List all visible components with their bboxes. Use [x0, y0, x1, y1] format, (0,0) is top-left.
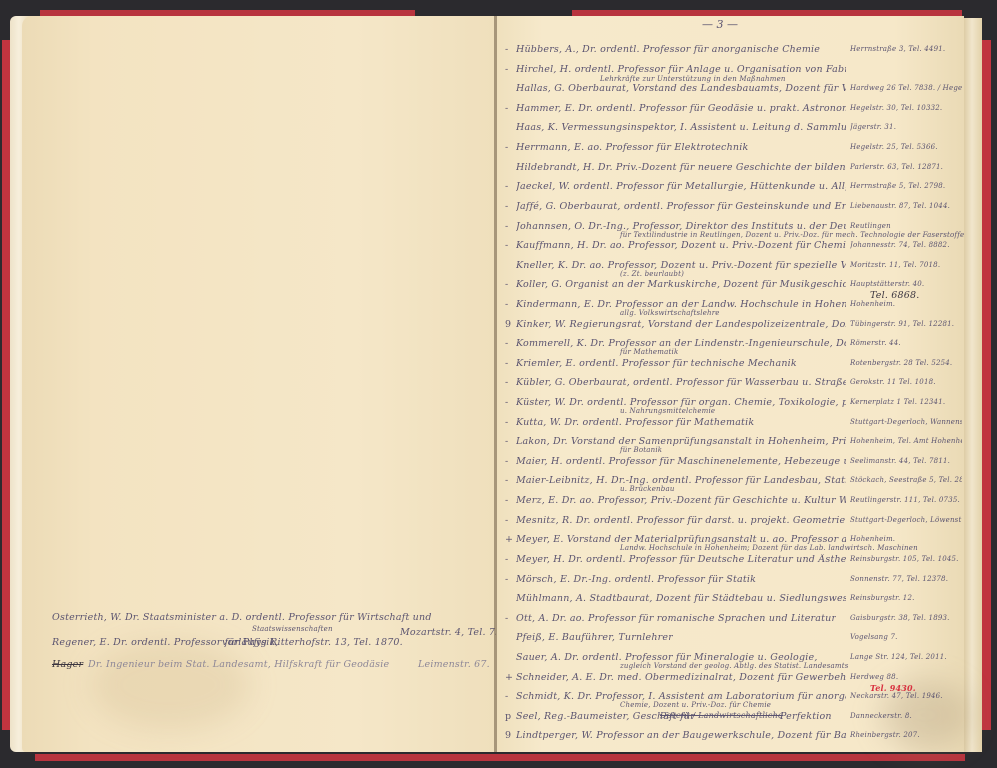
entry-address: Herrnstraße 5, Tel. 2798.	[850, 182, 945, 190]
entry-marker: -	[505, 574, 508, 585]
entry-marker: -	[505, 221, 508, 232]
entry-marker: -	[505, 181, 508, 192]
entry-marker: -	[505, 201, 508, 212]
entry-marker: -	[505, 279, 508, 290]
entry-marker: -	[505, 613, 508, 624]
entry-note: u. Brückenbau	[620, 485, 675, 493]
entry-name: Maier, H. ordentl. Professor für Maschin…	[516, 456, 846, 467]
entry-address: Reutlingen	[850, 222, 891, 230]
entry-name: Pfeiß, E. Bauführer, Turnlehrer	[516, 632, 673, 643]
entry-note: für Textilindustrie in Reutlingen, Dozen…	[620, 231, 964, 239]
entry-marker: -	[505, 397, 508, 408]
entry-marker: -	[505, 358, 508, 369]
entry-struck-text: Dozent / Landwirtschaftliche	[660, 711, 783, 720]
entry-name: Schneider, A. E. Dr. med. Obermedizinalr…	[516, 672, 846, 683]
entry-name: Meyer, H. Dr. ordentl. Professor für Deu…	[516, 554, 846, 565]
entry-name: Kommerell, K. Dr. Professor an der Linde…	[516, 338, 846, 349]
entry-address: Hardweg 26 Tel. 7838. / Hegelstraße 14a	[850, 84, 962, 92]
entry-address: Vogelsang 7.	[850, 633, 898, 641]
entry-name: Jaeckel, W. ordentl. Professor für Metal…	[516, 181, 846, 192]
entry-address: Stuttgart-Degerloch, Löwenstr. 112, Tel.…	[850, 516, 962, 524]
entry-address: Hohenheim, Tel. Amt Hohenheim 16	[850, 437, 962, 445]
entry-note: für Mathematik	[620, 348, 678, 356]
entry-marker: -	[505, 338, 508, 349]
left-entry-3-name: Dr. Ingenieur beim Stat. Landesamt, Hilf…	[88, 659, 389, 670]
entry-address: Hegelstr. 30, Tel. 10332.	[850, 104, 942, 112]
entry-note: u. Nahrungsmittelchemie	[620, 407, 715, 415]
entry-note: allg. Volkswirtschaftslehre	[620, 309, 720, 317]
entry-address: Danneckerstr. 8.	[850, 712, 912, 720]
entry-marker: -	[505, 103, 508, 114]
entry-address: Reinsburgstr. 12.	[850, 594, 915, 602]
entry-address: Reutlingerstr. 111, Tel. 0735.	[850, 496, 960, 504]
entry-address: Herrnstraße 3, Tel. 4491.	[850, 45, 945, 53]
entry-tail: Perfektion	[780, 711, 832, 722]
page-block-right	[962, 18, 982, 752]
entry-address: Hegelstr. 25, Tel. 5366.	[850, 143, 938, 151]
entry-marker: 9	[505, 319, 511, 330]
entry-marker: -	[505, 436, 508, 447]
cover-edge-right	[982, 40, 991, 730]
entry-note: Landw. Hochschule in Hohenheim; Dozent f…	[620, 544, 918, 552]
left-entry-2-tail: vorläufig Ritterhofstr. 13, Tel. 1870.	[222, 637, 403, 648]
left-entry-3-struck-name: Hager	[52, 659, 83, 670]
entry-marker: +	[505, 672, 513, 683]
entry-address: Rotenbergstr. 28 Tel. 5254.	[850, 359, 952, 367]
entry-name: Kübler, G. Oberbaurat, ordentl. Professo…	[516, 377, 846, 388]
entry-name: Hallas, G. Oberbaurat, Vorstand des Land…	[516, 83, 846, 94]
entry-note: Lehrkräfte zur Unterstützung in den Maßn…	[600, 75, 786, 83]
entry-marker: -	[505, 240, 508, 251]
entry-address: Hohenheim.	[850, 535, 895, 543]
entry-address-extra: Tel. 9430.	[870, 683, 916, 693]
entry-name: Hammer, E. Dr. ordentl. Professor für Ge…	[516, 103, 846, 114]
entry-name: Lindtperger, W. Professor an der Baugewe…	[516, 730, 846, 741]
entry-note: für Botanik	[620, 446, 662, 454]
entry-name: Mörsch, E. Dr.-Ing. ordentl. Professor f…	[516, 574, 756, 585]
entry-address: Neckarstr. 47, Tel. 1946.	[850, 692, 943, 700]
entry-name: Maier-Leibnitz, H. Dr.-Ing. ordentl. Pro…	[516, 475, 846, 486]
entry-name: Herrmann, E. ao. Professor für Elektrote…	[516, 142, 748, 153]
entry-name: Hübbers, A., Dr. ordentl. Professor für …	[516, 44, 820, 55]
entry-address: Moritzstr. 11, Tel. 7018.	[850, 261, 940, 269]
entry-name: Kutta, W. Dr. ordentl. Professor für Mat…	[516, 417, 754, 428]
entry-address: Hohenheim.	[850, 300, 895, 308]
entry-marker: 9	[505, 730, 511, 741]
entry-name: Mühlmann, A. Stadtbaurat, Dozent für Stä…	[516, 593, 846, 604]
entry-name: Mesnitz, R. Dr. ordentl. Professor für d…	[516, 515, 845, 526]
entry-address: Gerokstr. 11 Tel. 1018.	[850, 378, 936, 386]
left-entry-1-name: Osterrieth, W. Dr. Staatsminister a. D. …	[52, 612, 432, 623]
entry-name: Hirchel, H. ordentl. Professor für Anlag…	[516, 64, 846, 75]
entry-address: Reinsburgstr. 105, Tel. 1045.	[850, 555, 959, 563]
entry-address: Kernerplatz 1 Tel. 12341.	[850, 398, 945, 406]
entry-marker: +	[505, 534, 513, 545]
entry-address: Seelimanstr. 44, Tel. 7811.	[850, 457, 950, 465]
entry-address: Gaisburgstr. 38, Tel. 1893.	[850, 614, 950, 622]
entry-name: Ott, A. Dr. ao. Professor für romanische…	[516, 613, 836, 624]
entry-address: Stöckach, Seestraße 5, Tel. 287.	[850, 476, 962, 484]
entry-name: Hildebrandt, H. Dr. Priv.-Dozent für neu…	[516, 162, 846, 173]
entry-address: Jägerstr. 31.	[850, 123, 896, 131]
entry-marker: -	[505, 456, 508, 467]
left-entry-1-address: Mozartstr. 4, Tel. 79	[400, 627, 501, 638]
entry-address: Tübingerstr. 91, Tel. 12281.	[850, 320, 954, 328]
entry-marker: -	[505, 515, 508, 526]
entry-marker: p	[505, 711, 511, 722]
entry-address: Lange Str. 124, Tel. 2011.	[850, 653, 947, 661]
entry-address: Hauptstätterstr. 40.	[850, 280, 924, 288]
left-entry-1-note: Staatswissenschaften	[252, 625, 333, 633]
entry-marker: -	[505, 64, 508, 75]
entry-note: zugleich Vorstand der geolog. Abtlg. des…	[620, 662, 849, 670]
entry-name: Merz, E. Dr. ao. Professor, Priv.-Dozent…	[516, 495, 846, 506]
entry-address: Rheinbergstr. 207.	[850, 731, 920, 739]
page-number: — 3 —	[702, 18, 738, 31]
entry-marker: -	[505, 691, 508, 702]
entry-name: Jaffé, G. Oberbaurat, ordentl. Professor…	[516, 201, 846, 212]
entry-name: Kinker, W. Regierungsrat, Vorstand der L…	[516, 319, 846, 330]
entry-name: Koller, G. Organist an der Markuskirche,…	[516, 279, 846, 290]
entry-marker: -	[505, 299, 508, 310]
cover-edge-bottom	[35, 754, 965, 761]
entry-address: Parlerstr. 63, Tel. 12871.	[850, 163, 943, 171]
entry-note: Chemie, Dozent u. Priv.-Doz. für Chemie	[620, 701, 771, 709]
entry-address: Johannesstr. 74, Tel. 8882.	[850, 241, 950, 249]
book-gutter	[494, 16, 497, 752]
entry-name: Haas, K. Vermessungsinspektor, I. Assist…	[516, 122, 846, 133]
entry-marker: -	[505, 554, 508, 565]
entry-name: Kriemler, E. ordentl. Professor für tech…	[516, 358, 797, 369]
entry-name: Lakon, Dr. Vorstand der Samenprüfungsans…	[516, 436, 846, 447]
entry-address: Stuttgart-Degerloch, Wannenstr. 111.	[850, 418, 962, 426]
entry-address: Römerstr. 44.	[850, 339, 901, 347]
entry-address: Sonnenstr. 77, Tel. 12378.	[850, 575, 948, 583]
entry-marker: -	[505, 417, 508, 428]
paper-stain	[90, 640, 250, 730]
entry-address: Liebenaustr. 87, Tel. 1044.	[850, 202, 950, 210]
entry-marker: -	[505, 377, 508, 388]
entry-marker: -	[505, 495, 508, 506]
left-entry-3-address: Leimenstr. 67.	[418, 659, 490, 670]
entry-marker: -	[505, 142, 508, 153]
entry-marker: -	[505, 475, 508, 486]
entry-name: Kauffmann, H. Dr. ao. Professor, Dozent …	[516, 240, 846, 251]
entry-marker: -	[505, 44, 508, 55]
entry-address: Herdweg 88.	[850, 673, 898, 681]
entry-note: (z. Zt. beurlaubt)	[620, 270, 684, 278]
